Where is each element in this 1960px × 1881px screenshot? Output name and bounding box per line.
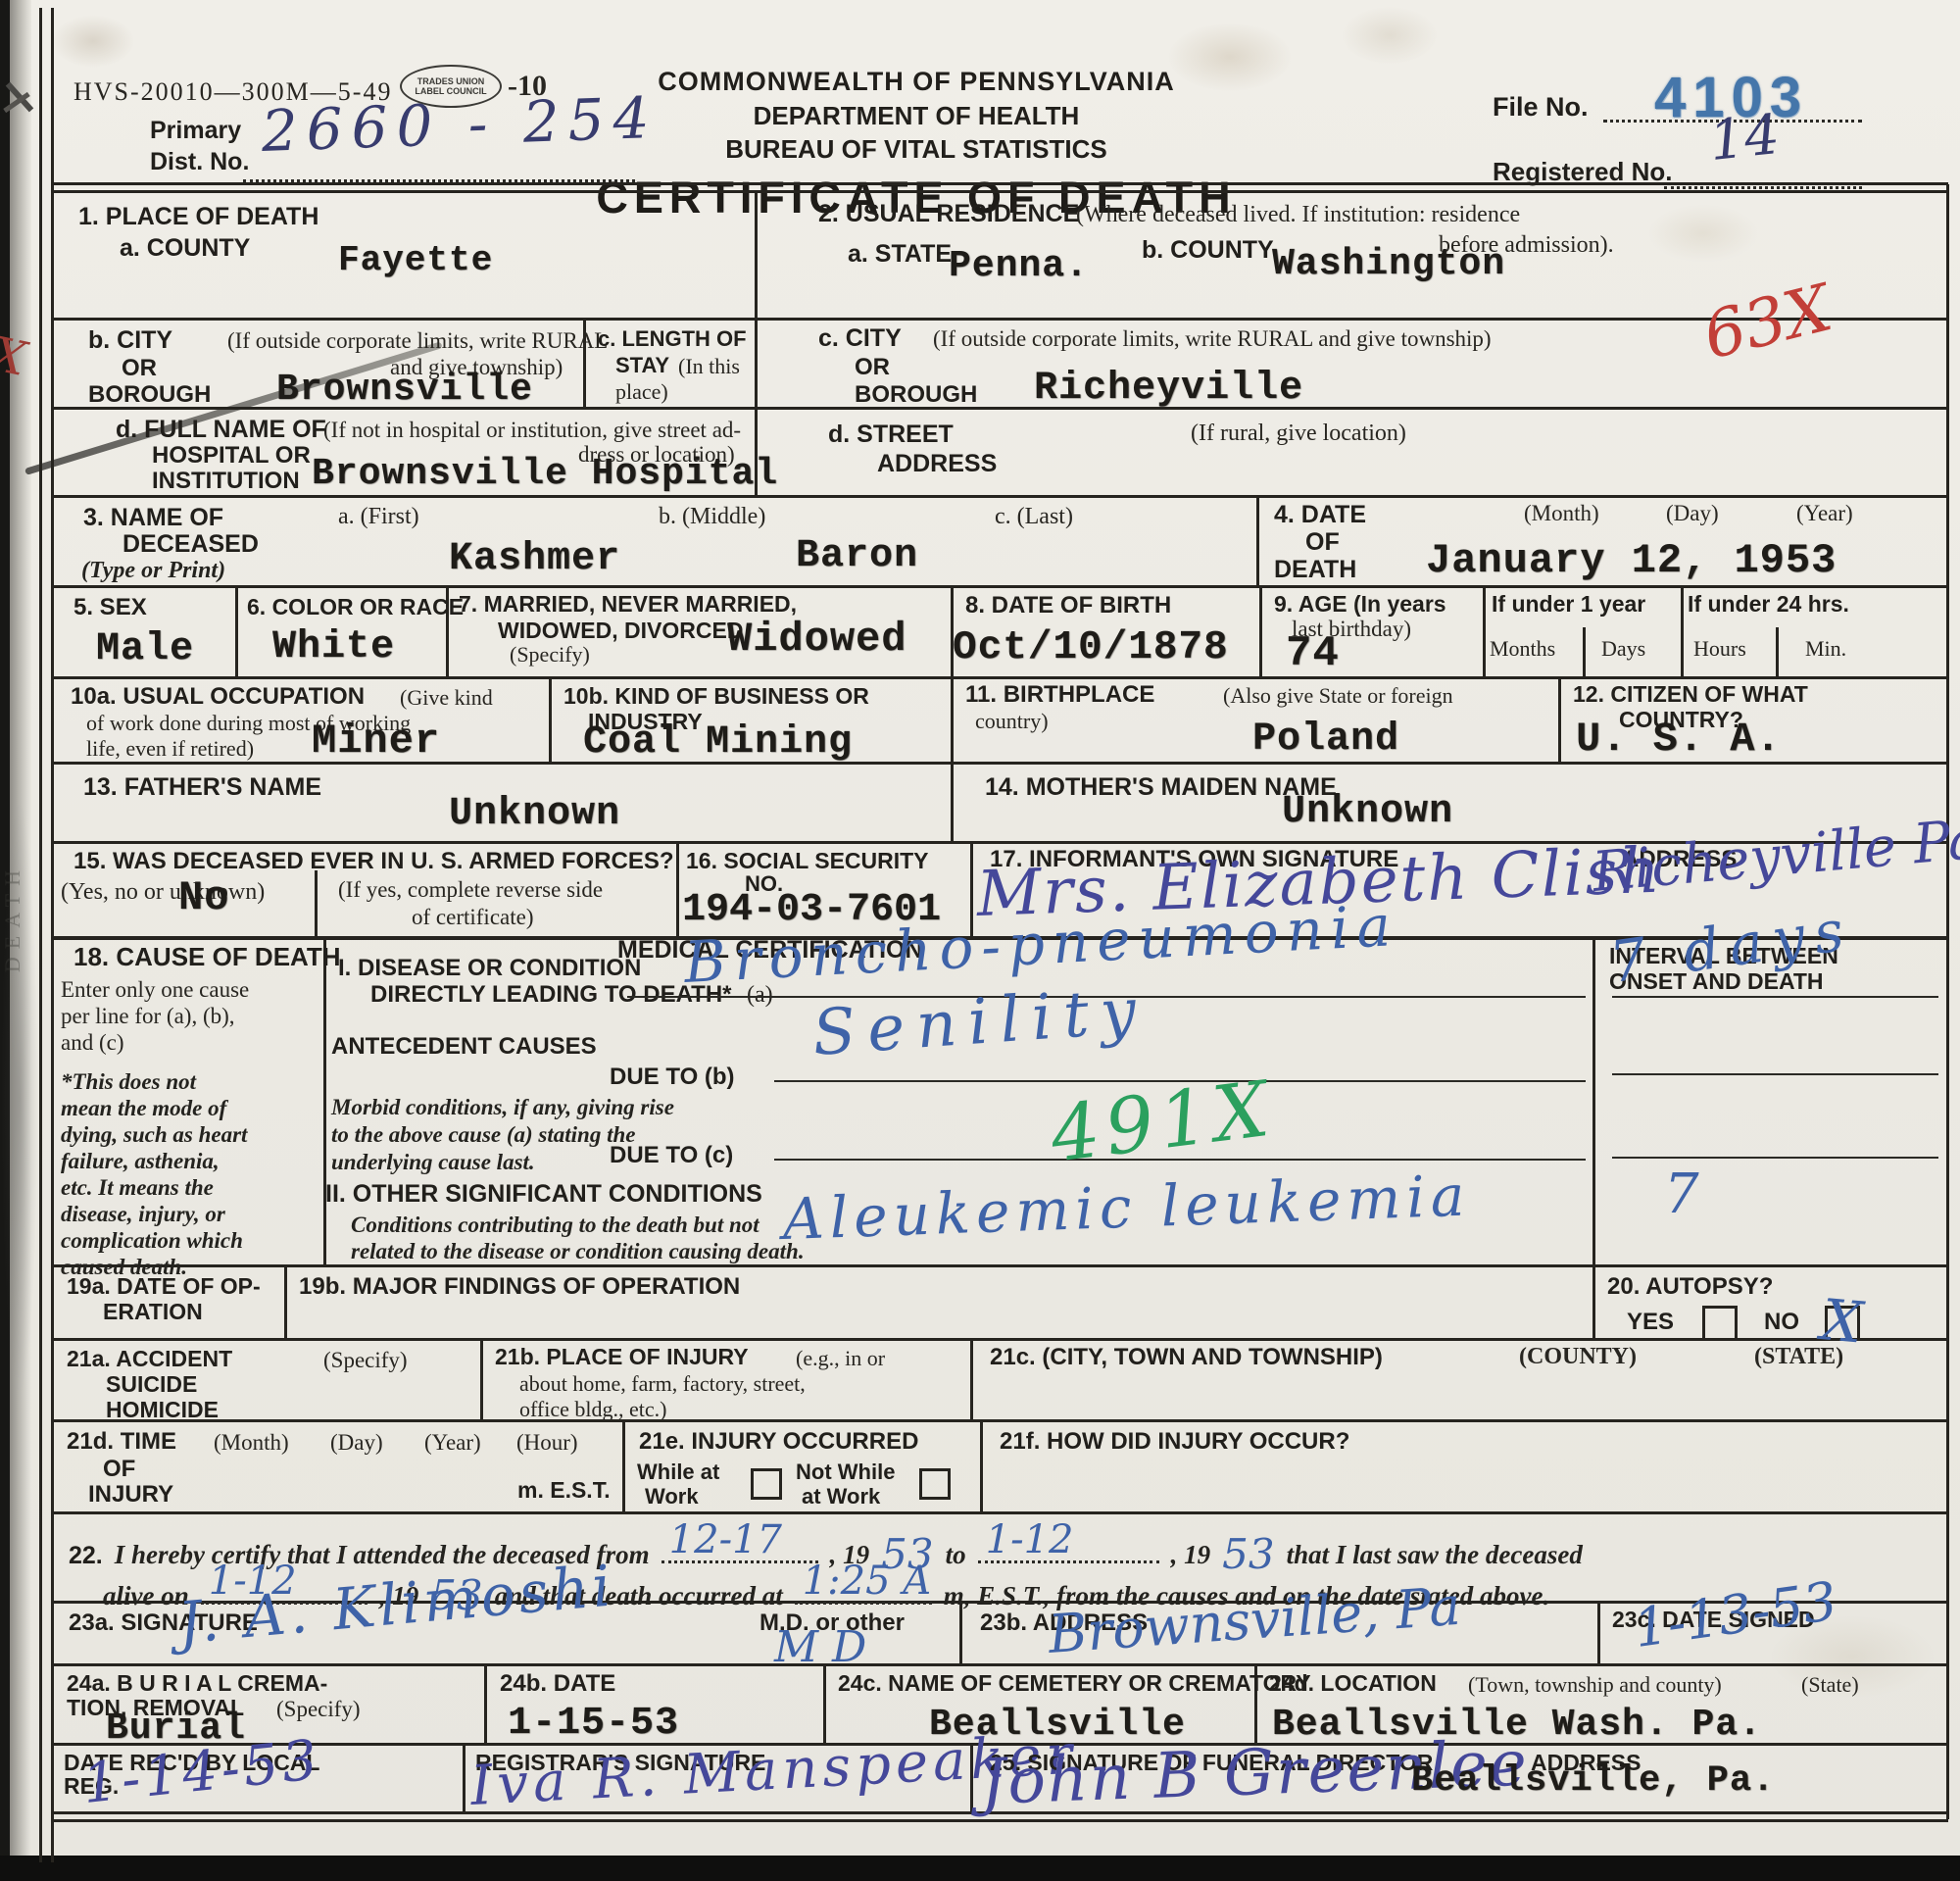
place-of-injury-note: office bldg., etc.) <box>519 1398 666 1420</box>
date-of-birth-label: 8. DATE OF BIRTH <box>965 593 1171 618</box>
cause-of-death-title: 18. CAUSE OF DEATH <box>73 944 341 970</box>
death-time-value: 1:25 A <box>803 1559 931 1604</box>
borough-label: BOROUGH <box>88 382 211 407</box>
length-of-stay-label: c. LENGTH OF <box>598 327 747 350</box>
min-label: Min. <box>1805 637 1846 660</box>
injury-state-label: (STATE) <box>1754 1345 1843 1369</box>
injury-county-label: (COUNTY) <box>1519 1345 1637 1369</box>
date-of-operation-label: 19a. DATE OF OP- <box>67 1274 261 1298</box>
red-code-annotation: 63X <box>1696 270 1839 373</box>
grid-line <box>1776 627 1779 676</box>
place-of-injury-note: about home, farm, factory, street, <box>519 1372 806 1395</box>
days-label: Days <box>1601 637 1645 660</box>
cemetery-location-note: (Town, township and county) <box>1468 1673 1722 1696</box>
specify-note: (Specify) <box>510 643 590 666</box>
disease-condition-label: I. DISEASE OR CONDITION <box>338 956 641 980</box>
length-of-stay-label: STAY <box>615 354 669 376</box>
date-of-birth-value: Oct/10/1878 <box>953 625 1229 670</box>
disease-condition-label: DIRECTLY LEADING TO DEATH* <box>370 982 731 1007</box>
length-of-stay-note: place) <box>615 380 668 403</box>
residence-city-label: c. CITY <box>818 325 902 351</box>
while-at-work-label: While at <box>637 1460 719 1483</box>
autopsy-label: 20. AUTOPSY? <box>1607 1274 1773 1299</box>
grid-line <box>51 1819 1948 1822</box>
entry-line <box>1612 1073 1938 1075</box>
date-of-death-label: 4. DATE <box>1274 502 1366 527</box>
grid-line <box>1256 495 1259 585</box>
death-time-blank: 1:25 A <box>795 1574 932 1605</box>
cause-instructions: per line for (a), (b), <box>61 1005 235 1028</box>
occupation-note: life, even if retired) <box>86 737 254 760</box>
morbid-note: Morbid conditions, if any, giving rise <box>331 1096 674 1119</box>
grid-line <box>51 318 1948 321</box>
county-label: a. COUNTY <box>120 235 250 261</box>
grid-line <box>980 1419 983 1511</box>
grid-line <box>1558 676 1561 762</box>
morbid-note: to the above cause (a) stating the <box>331 1123 635 1147</box>
antecedent-causes-label: ANTECEDENT CAUSES <box>331 1034 597 1059</box>
place-of-injury-note: (e.g., in or <box>796 1347 885 1369</box>
grid-line <box>1259 585 1262 676</box>
attended-to-blank: 1-12 <box>978 1533 1159 1563</box>
entry-line <box>1612 1157 1938 1159</box>
hours-label: Hours <box>1693 637 1746 660</box>
grid-line <box>51 1264 1948 1267</box>
accident-specify-note: (Specify) <box>323 1349 408 1372</box>
accident-label: 21a. ACCIDENT <box>67 1347 232 1370</box>
not-while-at-work-label: Not While <box>796 1460 895 1483</box>
armed-forces-label: 15. WAS DECEASED EVER IN U. S. ARMED FOR… <box>73 849 674 873</box>
occupation-note: (Give kind <box>400 686 493 709</box>
informant-address-value: Richeyville Pa. <box>1590 806 1960 905</box>
industry-value: Coal Mining <box>583 720 853 765</box>
grid-line <box>54 190 1948 193</box>
middle-name-label: b. (Middle) <box>659 505 765 529</box>
place-of-death-title: 1. PLACE OF DEATH <box>78 204 318 229</box>
occupation-label: 10a. USUAL OCCUPATION <box>71 684 365 709</box>
hospital-name-note: (If not in hospital or institution, give… <box>323 419 741 442</box>
hospital-name-label: INSTITUTION <box>152 469 300 493</box>
attended-from-value: 12-17 <box>669 1517 782 1562</box>
interval-other-value: 7 <box>1664 1163 1699 1226</box>
certificate-sheet: DEATH X HVS-20010—300M—5-49 TRADES UNION… <box>0 0 1960 1881</box>
name-of-deceased-label: 3. NAME OF <box>83 505 223 530</box>
grid-line <box>235 585 238 676</box>
registered-no-value: 14 <box>1706 103 1783 173</box>
marital-status-label: 7. MARRIED, NEVER MARRIED, <box>459 592 797 616</box>
grid-line <box>54 182 1948 185</box>
md-value: M D <box>774 1622 866 1672</box>
injury-city-label: 21c. (CITY, TOWN AND TOWNSHIP) <box>990 1345 1383 1369</box>
cause-b-value: Senility <box>810 974 1151 1070</box>
grid-line <box>549 676 552 762</box>
street-address-label: d. STREET <box>828 421 954 447</box>
time-of-injury-label: INJURY <box>88 1482 173 1507</box>
cause-footnote: mean the mode of <box>61 1097 226 1120</box>
certify-number: 22. <box>69 1543 103 1568</box>
not-while-at-work-label: at Work <box>802 1485 880 1508</box>
armed-forces-value: No <box>178 874 229 921</box>
grid-line <box>1592 1264 1595 1338</box>
fathers-name-label: 13. FATHER'S NAME <box>83 774 321 800</box>
street-address-note: (If rural, give location) <box>1191 421 1406 446</box>
grid-line <box>284 1264 287 1338</box>
grid-line <box>51 676 1948 679</box>
residence-city-note: (If outside corporate limits, write RURA… <box>933 327 1492 351</box>
fathers-name-value: Unknown <box>449 792 620 836</box>
injury-month-label: (Month) <box>214 1431 289 1455</box>
cause-footnote: failure, asthenia, <box>61 1150 220 1173</box>
residence-city-value: Richeyville <box>1034 367 1303 411</box>
grid-line <box>823 1663 826 1743</box>
grid-line <box>323 936 326 1264</box>
armed-forces-note: (Yes, no or unknown) <box>61 880 265 905</box>
grid-line <box>1681 585 1684 676</box>
primary-dist-label: Primary <box>150 118 241 143</box>
dotted-line <box>1664 186 1862 189</box>
birthplace-label: 11. BIRTHPLACE <box>965 682 1154 707</box>
name-of-deceased-label: DECEASED <box>122 531 259 557</box>
color-race-label: 6. COLOR OR RACE <box>247 595 464 619</box>
how-injury-occurred-label: 21f. HOW DID INJURY OCCUR? <box>1000 1429 1349 1454</box>
month-label: (Month) <box>1524 502 1599 525</box>
age-label: 9. AGE (In years <box>1274 592 1446 616</box>
cause-footnote: *This does not <box>61 1070 196 1094</box>
city-value: Brownsville <box>276 369 533 411</box>
cemetery-state-note: (State) <box>1801 1673 1859 1696</box>
scan-edge-bottom-black <box>0 1856 1960 1881</box>
grid-line <box>622 1419 625 1511</box>
grid-line <box>51 1338 1948 1341</box>
major-findings-label: 19b. MAJOR FINDINGS OF OPERATION <box>299 1274 740 1299</box>
primary-dist-label: Dist. No. <box>150 149 249 174</box>
other-conditions-label: II. OTHER SIGNIFICANT CONDITIONS <box>325 1181 762 1207</box>
while-at-work-label: Work <box>645 1485 699 1508</box>
middle-name-value: Baron <box>796 534 918 578</box>
year-label: (Year) <box>1796 502 1853 525</box>
birthplace-note: (Also give State or foreign <box>1223 684 1453 707</box>
other-conditions-note: Conditions contributing to the death but… <box>351 1213 759 1237</box>
months-label: Months <box>1490 637 1555 660</box>
grid-line <box>1597 1601 1600 1663</box>
due-to-c-label: DUE TO (c) <box>610 1143 733 1167</box>
burial-label: 24a. B U R I A L CREMA- <box>67 1671 327 1695</box>
residence-borough-label: BOROUGH <box>855 382 977 407</box>
date-of-operation-label: ERATION <box>103 1300 203 1323</box>
form-border <box>1946 184 1949 1819</box>
injury-year-label: (Year) <box>424 1431 481 1455</box>
cause-footnote: complication which <box>61 1229 243 1253</box>
grid-line <box>463 1743 465 1811</box>
injury-occurred-label: 21e. INJURY OCCURRED <box>639 1429 918 1454</box>
form-border <box>51 8 54 1862</box>
state-value: Penna. <box>949 245 1089 287</box>
grid-line <box>1583 627 1586 676</box>
city-or-label: OR <box>122 356 157 380</box>
autopsy-no-label: NO <box>1764 1310 1799 1334</box>
birthplace-note: country) <box>975 710 1049 732</box>
not-while-at-work-checkbox[interactable] <box>919 1468 951 1500</box>
county-value: Fayette <box>338 240 493 280</box>
residence-county-value: Washington <box>1272 243 1505 285</box>
sex-label: 5. SEX <box>73 595 147 619</box>
under-24-hrs-label: If under 24 hrs. <box>1688 592 1849 616</box>
grid-line <box>1483 585 1486 676</box>
under-1-year-label: If under 1 year <box>1492 592 1645 616</box>
grid-line <box>1592 936 1595 1264</box>
mothers-maiden-name-value: Unknown <box>1282 790 1453 834</box>
grid-line <box>315 870 318 936</box>
grid-line <box>480 1338 483 1419</box>
age-value: 74 <box>1286 629 1340 678</box>
length-of-stay-note: (In this <box>678 355 740 377</box>
file-no-label: File No. <box>1493 93 1589 121</box>
accident-label: HOMICIDE <box>106 1398 219 1421</box>
burial-date-value: 1-15-53 <box>508 1702 679 1746</box>
social-security-label: 16. SOCIAL SECURITY <box>686 849 929 872</box>
date-signed-value: 1-13-53 <box>1630 1570 1840 1659</box>
cause-instructions: Enter only one cause <box>61 978 249 1002</box>
time-of-injury-label: OF <box>103 1457 135 1481</box>
first-name-label: a. (First) <box>338 505 419 529</box>
grid-line <box>951 762 954 841</box>
city-note: (If outside corporate limits, write RURA… <box>227 329 608 353</box>
time-of-injury-label: 21d. TIME <box>67 1429 176 1454</box>
place-of-injury-label: 21b. PLACE OF INJURY <box>495 1345 749 1368</box>
state-label: a. STATE <box>848 241 952 267</box>
residence-or-label: OR <box>855 355 890 379</box>
birthplace-value: Poland <box>1252 718 1399 762</box>
date-of-death-value: January 12, 1953 <box>1426 537 1837 584</box>
cause-footnote: disease, injury, or <box>61 1203 225 1226</box>
first-name-value: Kashmer <box>449 537 620 581</box>
margin-bleed-text: DEATH <box>0 863 25 972</box>
occupation-value: Miner <box>312 718 440 765</box>
grid-line <box>755 192 758 318</box>
department-line: DEPARTMENT OF HEALTH <box>534 101 1298 131</box>
burial-date-label: 24b. DATE <box>500 1671 615 1696</box>
date-of-death-label: DEATH <box>1274 557 1356 582</box>
due-to-b-label: DUE TO (b) <box>610 1064 735 1089</box>
usual-residence-note: (Where deceased lived. If institution: r… <box>1076 203 1520 227</box>
grid-line <box>970 1338 973 1419</box>
burial-specify-note: (Specify) <box>276 1698 361 1721</box>
usual-residence-title: 2. USUAL RESIDENCE <box>818 201 1079 226</box>
grid-line <box>755 318 758 407</box>
accident-label: SUICIDE <box>106 1372 197 1396</box>
commonwealth-line: COMMONWEALTH OF PENNSYLVANIA <box>534 67 1298 97</box>
other-conditions-value: Aleukemic leukemia <box>782 1163 1472 1253</box>
last-name-label: c. (Last) <box>995 505 1073 529</box>
date-of-death-label: OF <box>1305 529 1340 555</box>
est-label: m. E.S.T. <box>517 1478 611 1502</box>
street-address-label: ADDRESS <box>877 451 997 476</box>
cemetery-name-label: 24c. NAME OF CEMETERY OR CREMATORY <box>838 1671 1311 1695</box>
entry-line <box>1612 996 1938 998</box>
bureau-line: BUREAU OF VITAL STATISTICS <box>534 134 1298 165</box>
marital-status-value: Widowed <box>727 616 906 663</box>
marital-status-label: WIDOWED, DIVORCED <box>498 619 743 642</box>
industry-label: 10b. KIND OF BUSINESS OR <box>563 684 869 708</box>
morbid-note: underlying cause last. <box>331 1151 535 1174</box>
grid-line <box>51 1511 1948 1514</box>
injury-hour-label: (Hour) <box>516 1431 578 1455</box>
residence-county-label: b. COUNTY <box>1142 237 1274 263</box>
sex-value: Male <box>96 627 194 671</box>
citizen-label: 12. CITIZEN OF WHAT <box>1573 682 1808 706</box>
citizen-value: U. S. A. <box>1576 716 1782 763</box>
city-label: b. CITY <box>88 327 172 353</box>
autopsy-yes-label: YES <box>1627 1310 1674 1334</box>
grid-line <box>51 495 1948 498</box>
other-conditions-note: related to the disease or condition caus… <box>351 1240 805 1263</box>
cause-instructions: and (c) <box>61 1031 124 1055</box>
autopsy-yes-checkbox[interactable] <box>1702 1306 1738 1341</box>
hospital-name-value: Brownsville Hospital <box>312 453 778 495</box>
grid-line <box>676 841 679 936</box>
while-at-work-checkbox[interactable] <box>751 1468 782 1500</box>
attended-from-blank: 12-17 <box>661 1533 818 1563</box>
type-or-print-note: (Type or Print) <box>81 559 225 583</box>
hospital-name-label: d. FULL NAME OF <box>116 417 326 442</box>
grid-line <box>51 1419 1948 1422</box>
cemetery-location-label: 24d. LOCATION <box>1269 1671 1437 1695</box>
grid-line <box>951 676 954 762</box>
attended-to-value: 1-12 <box>986 1517 1074 1562</box>
grid-line <box>484 1663 487 1743</box>
funeral-director-address-value: Beallsville, Pa. <box>1411 1760 1775 1802</box>
grid-line <box>51 585 1948 588</box>
form-border <box>39 8 42 1862</box>
armed-forces-note: of certificate) <box>412 906 534 929</box>
day-label: (Day) <box>1666 502 1719 525</box>
color-race-value: White <box>272 625 395 669</box>
cause-footnote: etc. It means the <box>61 1176 214 1200</box>
cause-footnote: dying, such as heart <box>61 1123 247 1147</box>
grid-line <box>51 1663 1948 1666</box>
hospital-name-label: HOSPITAL OR <box>152 443 311 468</box>
injury-day-label: (Day) <box>330 1431 383 1455</box>
armed-forces-note: (If yes, complete reverse side <box>338 878 603 902</box>
